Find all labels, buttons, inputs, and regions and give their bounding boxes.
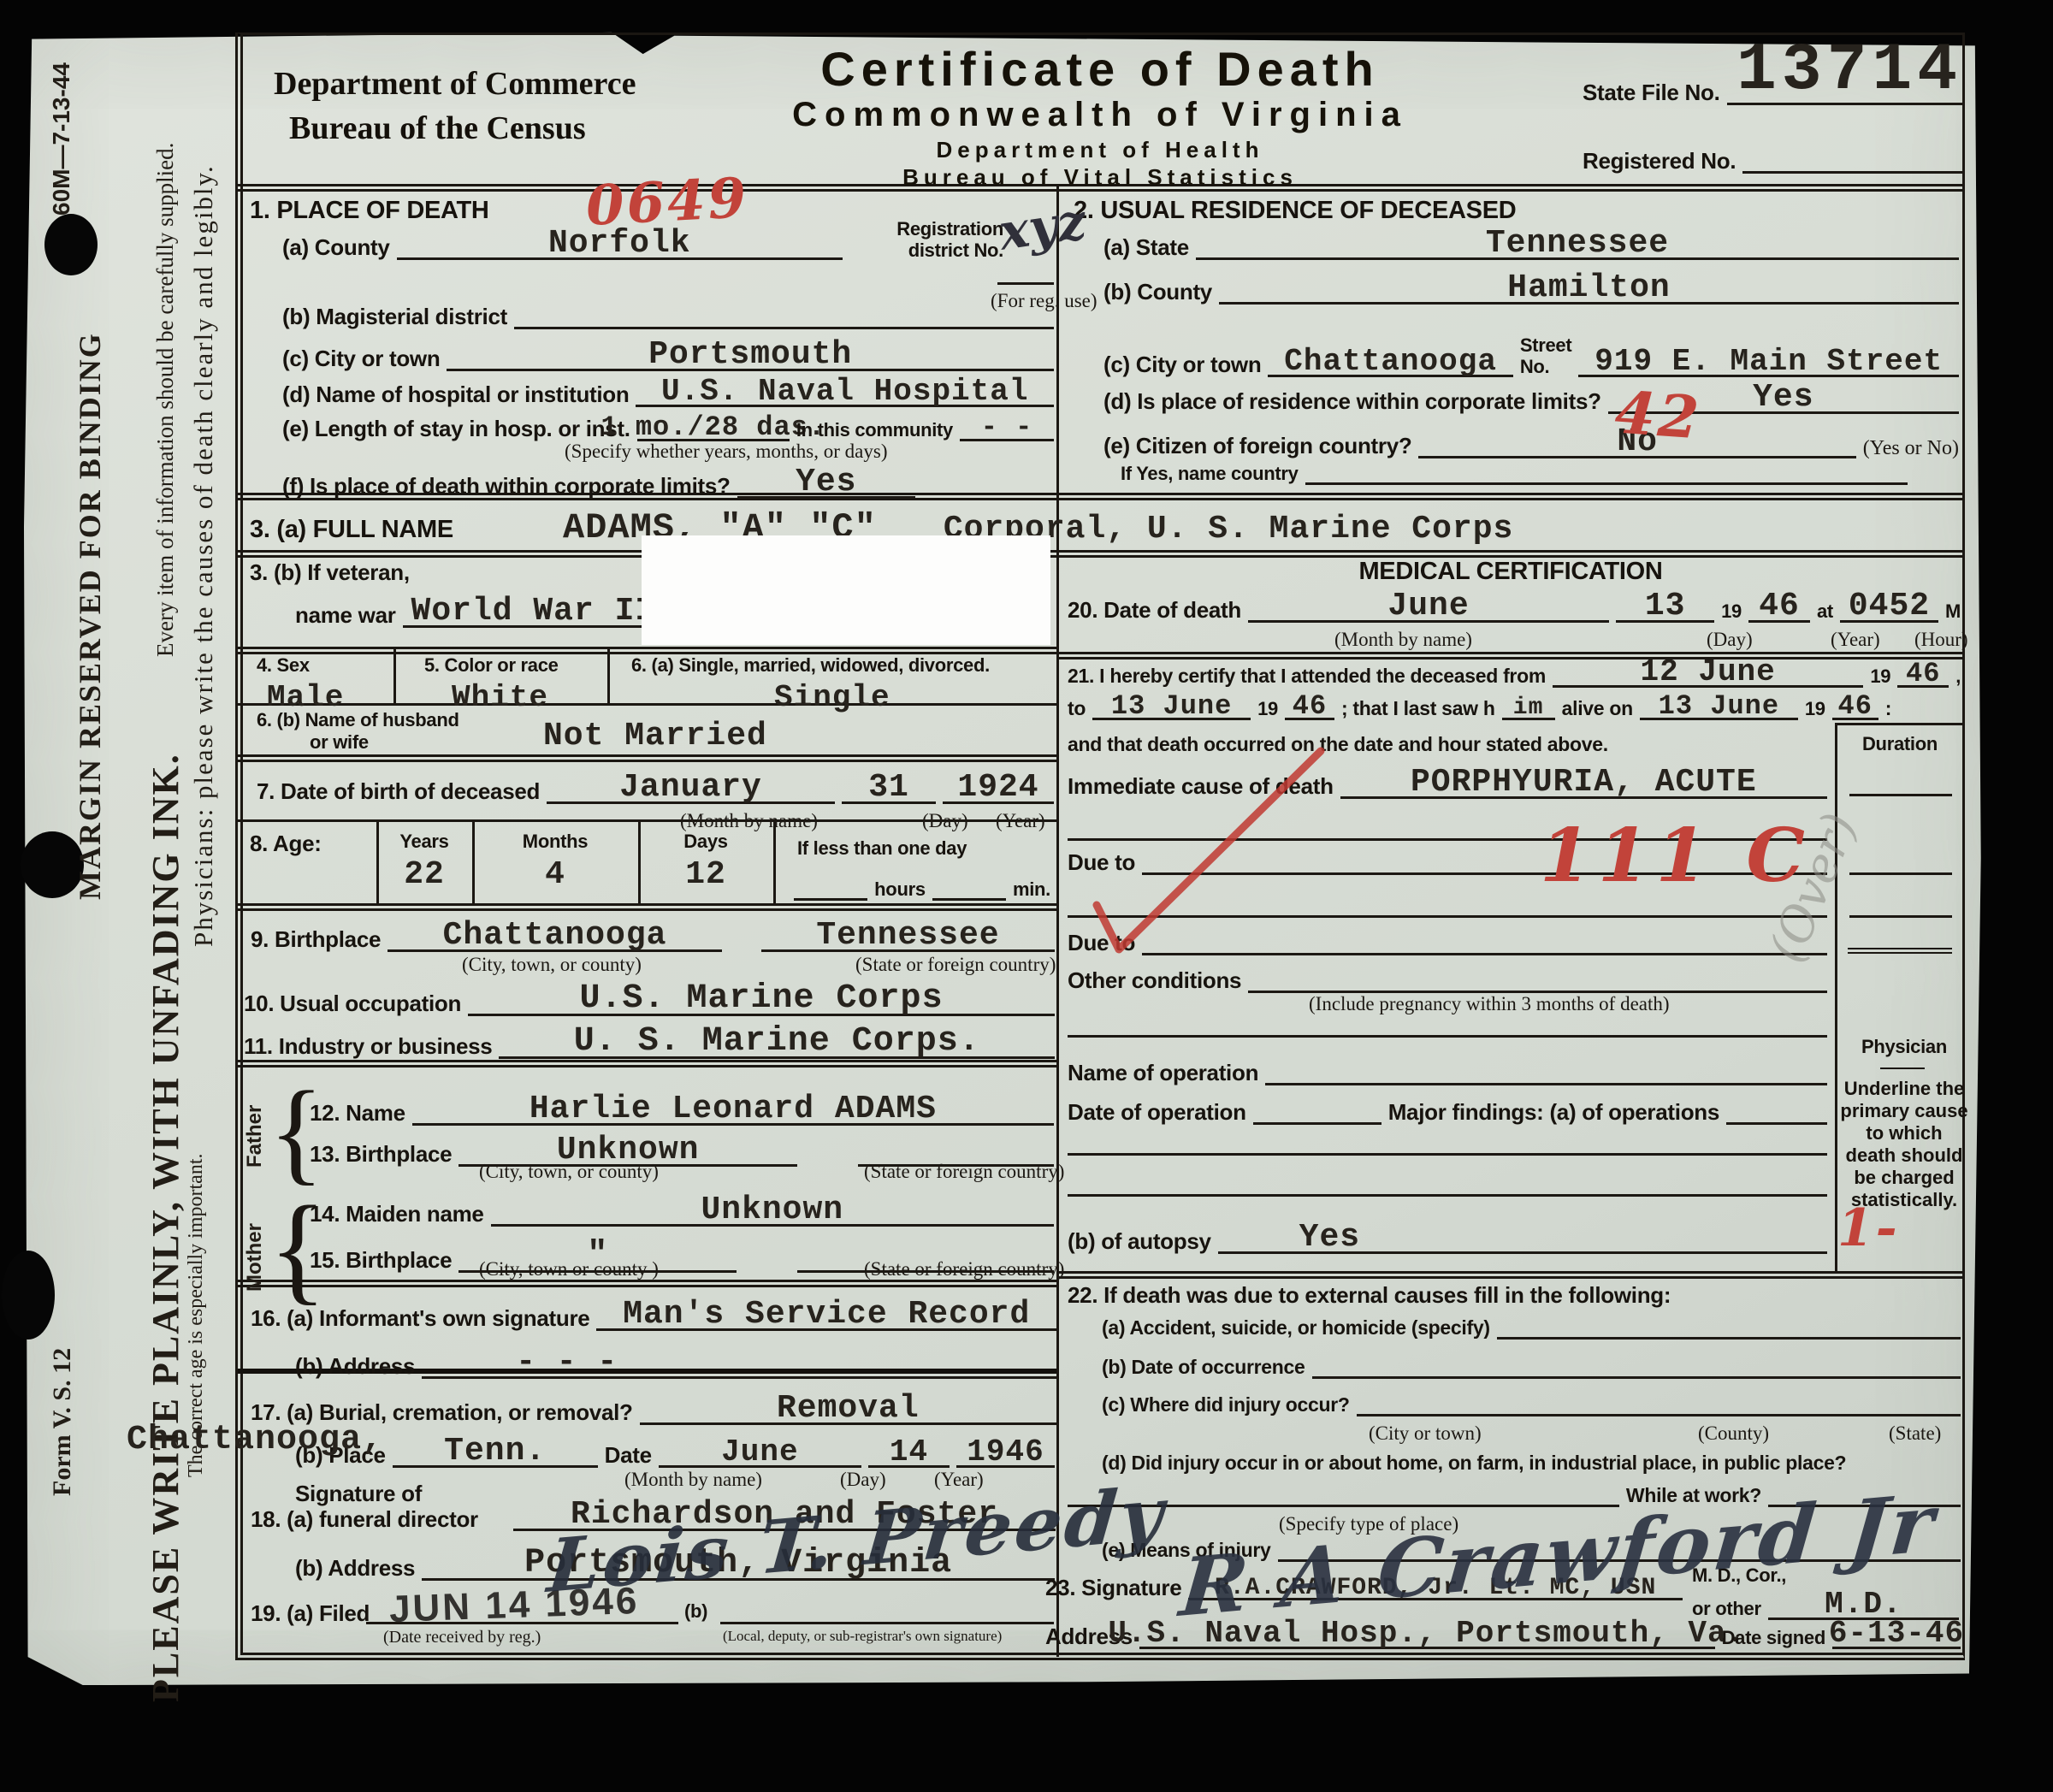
industry-field: 11. Industry or business U. S. Marine Co… — [244, 1025, 1055, 1059]
accident-label: (a) Accident, suicide, or homicide (spec… — [1102, 1317, 1490, 1340]
divider — [238, 703, 1056, 706]
birth-date-label: 7. Date of birth of deceased — [257, 779, 540, 804]
filed-b-label: (b) — [684, 1601, 707, 1623]
duration-top-rule — [1835, 723, 1965, 725]
full-name-label: 3. (a) FULL NAME — [250, 516, 453, 543]
date-signed-value: 6-13-46 — [1829, 1618, 1964, 1649]
race-value: White — [452, 683, 548, 713]
divider — [235, 550, 1965, 558]
length-of-stay-value: 1 mo./28 das. — [601, 414, 825, 441]
residence-state-field: (a) State Tennessee — [1103, 228, 1959, 260]
physician-signature-label: 23. Signature — [1045, 1576, 1181, 1600]
occurrence-date-line — [1312, 1368, 1961, 1379]
birth-month-caption: (Month by name) — [680, 811, 818, 831]
reg-district-label-1: Registration — [862, 219, 1003, 240]
marital-status-value: Single — [774, 683, 890, 713]
birth-year-line: 1924 — [943, 772, 1054, 804]
industry-label: 11. Industry or business — [244, 1034, 492, 1059]
stay-caption: (Specify whether years, months, or days) — [565, 441, 887, 461]
residence-county-label: (b) County — [1103, 280, 1212, 305]
foreign-citizen-field: (e) Citizen of foreign country? No (Yes … — [1103, 426, 1959, 458]
attended-to-year-line: 46 — [1285, 693, 1334, 720]
father-name-value: Harlie Leonard ADAMS — [530, 1093, 937, 1126]
date-signed-label: Date signed — [1722, 1628, 1825, 1649]
sec1-title: 1. PLACE OF DEATH — [250, 197, 489, 224]
divider — [607, 648, 610, 703]
registered-no-field: Registered No. — [1583, 149, 1963, 174]
burial-year-value: 1946 — [967, 1437, 1044, 1468]
state-file-label: State File No. — [1583, 80, 1720, 105]
last-saw-label: ; that I last saw h — [1341, 698, 1495, 720]
blank-line — [1068, 1194, 1827, 1197]
father-birthplace-label: 13. Birthplace — [310, 1142, 452, 1167]
corporate-limits-residence-value: Yes — [1753, 381, 1813, 414]
age-days-value: 12 — [685, 859, 726, 891]
death-day-caption: (Day) — [1707, 630, 1753, 649]
injury-where-field: (c) Where did injury occur? — [1102, 1394, 1961, 1416]
foreign-citizen-label: (e) Citizen of foreign country? — [1103, 434, 1411, 458]
comma: , — [1955, 666, 1961, 688]
filed-caption: (Date received by reg.) — [383, 1629, 541, 1646]
industry-line: U. S. Marine Corps. — [499, 1025, 1055, 1059]
code-111c-handwritten: 111 C — [1540, 819, 1812, 893]
autopsy-field: (b) of autopsy Yes — [1068, 1221, 1827, 1254]
alive-on-19: 19 — [1805, 699, 1825, 720]
burial-line: Removal — [640, 1393, 1056, 1425]
attended-from-field: 21. I hereby certify that I attended the… — [1068, 657, 1961, 688]
birth-year-caption: (Year) — [996, 811, 1045, 831]
operation-date-label: Date of operation — [1068, 1100, 1246, 1125]
divider — [393, 648, 396, 703]
funeral-address-label: (b) Address — [295, 1556, 415, 1581]
length-of-stay-label: (e) Length of stay in hosp. or inst. — [282, 417, 630, 441]
burial-value: Removal — [777, 1393, 920, 1425]
divider — [238, 647, 1056, 654]
margin-form-number: Form V. S. 12 — [48, 1326, 77, 1518]
colon: : — [1885, 698, 1891, 720]
father-name-label: 12. Name — [310, 1101, 405, 1126]
him-line: im — [1502, 696, 1555, 720]
death-year-value: 46 — [1759, 590, 1800, 623]
mother-name-value: Unknown — [701, 1194, 843, 1227]
burial-place-value: Tenn. — [444, 1435, 546, 1468]
in-community-line: - - — [960, 414, 1054, 441]
race-label: 5. Color or race — [424, 655, 559, 677]
margin-print-code: 60M—7-13-44 — [48, 60, 75, 218]
death-year-line: 46 — [1748, 590, 1810, 623]
informant-line: Man's Service Record — [596, 1298, 1056, 1331]
bureau-of-vital-statistics: Bureau of Vital Statistics — [715, 164, 1485, 191]
residence-city-line: Chattanooga — [1268, 346, 1512, 377]
father-side-label: Father — [243, 1085, 267, 1187]
him-value: im — [1513, 696, 1544, 720]
residence-state-line: Tennessee — [1196, 228, 1959, 260]
attended-to-label: to — [1068, 698, 1086, 720]
divider — [238, 903, 1056, 911]
veteran-war-value: World War II — [411, 595, 656, 628]
alive-on-value: 13 June — [1659, 693, 1779, 720]
alive-on-line: 13 June — [1640, 693, 1798, 720]
birthplace-state-caption: (State or foreign country) — [855, 955, 1056, 974]
birthplace-state-line: Tennessee — [761, 920, 1055, 952]
attended-to-19: 19 — [1257, 699, 1278, 720]
date-signed-line: 6-13-46 — [1832, 1618, 1961, 1649]
veteran-war-label: name war — [295, 603, 396, 628]
mother-city-caption: (City, town or county ) — [479, 1259, 659, 1279]
veteran-label: 3. (b) If veteran, — [250, 560, 410, 585]
torn-notch — [2, 1251, 55, 1340]
attended-from-label: 21. I hereby certify that I attended the… — [1068, 665, 1546, 688]
injury-where-label: (c) Where did injury occur? — [1102, 1394, 1350, 1416]
sex-label: 4. Sex — [257, 655, 310, 677]
duration-line — [1848, 948, 1952, 954]
death-month-line: June — [1248, 590, 1609, 623]
name-country-label: If Yes, name country — [1121, 464, 1299, 485]
birth-year-value: 1924 — [957, 772, 1038, 804]
death-month-caption: (Month by name) — [1334, 630, 1472, 649]
birth-date-field: 7. Date of birth of deceased January 31 … — [257, 772, 1054, 804]
agency-line-1: Department of Commerce — [274, 65, 636, 103]
father-brace: { — [269, 1074, 324, 1190]
burial-place-field: (b) Place Tenn. Date June 14 1946 — [295, 1435, 1055, 1468]
funeral-director-label-1: Signature of — [295, 1482, 422, 1506]
corporate-limits-death-value: Yes — [796, 466, 856, 499]
death-hour-caption: (Hour) — [1914, 630, 1968, 649]
operation-date-field: Date of operation Major findings: (a) of… — [1068, 1100, 1827, 1125]
burial-month-caption: (Month by name) — [624, 1470, 762, 1489]
duration-line — [1849, 915, 1952, 918]
birth-day-line: 31 — [842, 772, 936, 804]
spouse-value: Not Married — [543, 720, 767, 753]
immediate-cause-line: PORPHYURIA, ACUTE — [1340, 766, 1827, 799]
hours-line — [794, 890, 867, 901]
city-of-death-label: (c) City or town — [282, 346, 440, 371]
operation-name-line — [1265, 1074, 1827, 1085]
duration-line — [1849, 872, 1952, 875]
burial-month-value: June — [721, 1437, 798, 1468]
operation-name-label: Name of operation — [1068, 1061, 1258, 1085]
mother-name-line: Unknown — [491, 1194, 1054, 1227]
autopsy-line: Yes — [1218, 1221, 1827, 1254]
residence-city-label: (c) City or town — [1103, 352, 1261, 377]
informant-address-value: - - - — [516, 1346, 618, 1379]
duration-label: Duration — [1835, 734, 1965, 755]
physician-note: Underline the primary cause to which dea… — [1839, 1078, 1969, 1211]
hospital-value: U.S. Naval Hospital — [661, 376, 1028, 407]
occupation-line: U.S. Marine Corps — [468, 982, 1055, 1016]
registered-no-label: Registered No. — [1583, 149, 1736, 174]
filed-label: 19. (a) Filed — [251, 1601, 370, 1626]
mother-name-field: 14. Maiden name Unknown — [310, 1194, 1054, 1227]
residence-city-field: (c) City or town Chattanooga Street No. … — [1103, 335, 1959, 377]
father-state-caption: (State or foreign country) — [864, 1162, 1064, 1181]
burial-month-line: June — [659, 1437, 861, 1468]
corporate-limits-death-field: (f) Is place of death within corporate l… — [282, 466, 915, 499]
magisterial-district-line — [514, 318, 1054, 329]
hospital-line: U.S. Naval Hospital — [636, 376, 1054, 407]
burial-place-line: Tenn. — [393, 1435, 598, 1468]
death-day-line: 13 — [1616, 590, 1714, 623]
father-name-field: 12. Name Harlie Leonard ADAMS — [310, 1093, 1054, 1126]
death-year-caption: (Year) — [1831, 630, 1880, 649]
less-than-day-label: If less than one day — [797, 838, 967, 860]
death-hour-m-label: M — [1945, 601, 1961, 623]
name-country-field: If Yes, name country — [1121, 464, 1908, 485]
injury-place-question: (d) Did injury occur in or about home, o… — [1102, 1452, 1846, 1475]
funeral-director-label-2: 18. (a) funeral director — [251, 1507, 478, 1532]
occupation-field: 10. Usual occupation U.S. Marine Corps — [244, 982, 1055, 1016]
reg-district-label-2: district No. — [862, 240, 1003, 262]
name-country-line — [1305, 474, 1908, 485]
operation-date-line — [1253, 1114, 1381, 1125]
burial-day-line: 14 — [868, 1437, 950, 1468]
margin-binding-note: MARGIN RESERVED FOR BINDING — [72, 359, 108, 872]
death-hour-line: 0452 — [1840, 590, 1938, 623]
residence-city-value: Chattanooga — [1284, 346, 1497, 377]
injury-state-caption: (State) — [1889, 1423, 1941, 1443]
injury-city-caption: (City or town) — [1369, 1423, 1482, 1443]
yes-or-no-caption: (Yes or No) — [1863, 438, 1959, 458]
street-label-1: Street — [1520, 335, 1572, 357]
corporate-limits-death-line: Yes — [737, 466, 915, 499]
mother-birthplace-label: 15. Birthplace — [310, 1248, 452, 1273]
length-of-stay-field: (e) Length of stay in hosp. or inst. 1 m… — [282, 414, 1054, 441]
length-of-stay-line: 1 mo./28 das. — [637, 414, 790, 441]
pregnancy-caption: (Include pregnancy within 3 months of de… — [1309, 994, 1670, 1014]
magisterial-district-field: (b) Magisterial district — [282, 305, 1054, 329]
birthplace-city-value: Chattanooga — [443, 920, 667, 952]
spouse-label-2: or wife — [310, 732, 369, 754]
sec2-title: 2. USUAL RESIDENCE OF DECEASED — [1074, 197, 1516, 224]
corporate-limits-residence-label: (d) Is place of residence within corpora… — [1103, 389, 1601, 414]
column-divider — [1056, 184, 1059, 1657]
divider — [238, 1060, 1056, 1068]
street-value: 919 E. Main Street — [1594, 346, 1943, 377]
duration-line — [1849, 794, 1952, 796]
informant-address-label: (b) Address — [295, 1354, 415, 1379]
burial-date-label: Date — [605, 1443, 652, 1468]
county-field: (a) County Norfolk — [282, 228, 843, 260]
corporate-limits-death-label: (f) Is place of death within corporate l… — [282, 474, 731, 499]
agency-line-2: Bureau of the Census — [289, 109, 586, 147]
duration-divider — [1835, 723, 1837, 1273]
hours-min-field: hours min. — [794, 879, 1050, 901]
divider — [238, 754, 1056, 762]
street-line: 919 E. Main Street — [1578, 346, 1959, 377]
injury-county-caption: (County) — [1698, 1423, 1769, 1443]
hospital-label: (d) Name of hospital or institution — [282, 382, 629, 407]
margin-physicians-note: Physicians: please write the causes of d… — [188, 34, 219, 1078]
margin-supplied-note: Every item of information should be care… — [152, 34, 179, 766]
death-day-value: 13 — [1645, 590, 1686, 623]
other-conditions-line — [1248, 982, 1827, 993]
residence-county-field: (b) County Hamilton — [1103, 272, 1959, 305]
age-months-label: Months — [472, 831, 638, 853]
birth-month-line: January — [547, 772, 835, 804]
birthplace-city-line: Chattanooga — [388, 920, 722, 952]
divider — [238, 1280, 1056, 1287]
burial-year-line: 1946 — [956, 1437, 1055, 1468]
residence-state-label: (a) State — [1103, 235, 1189, 260]
alive-on-year-line: 46 — [1832, 693, 1878, 720]
reg-district-handwritten: xyz — [996, 196, 1088, 257]
district-stamp-handwritten: 0649 — [584, 171, 749, 234]
in-community-label: In this community — [796, 420, 953, 441]
spouse-label-1: 6. (b) Name of husband — [257, 710, 459, 731]
mother-state-caption: (State or foreign country) — [864, 1259, 1064, 1279]
birthplace-city-caption: (City, town, or county) — [462, 955, 642, 974]
attended-from-value: 12 June — [1641, 657, 1776, 688]
street-label-2: No. — [1520, 357, 1572, 378]
hospital-field: (d) Name of hospital or institution U.S.… — [282, 376, 1054, 407]
age-label: 8. Age: — [250, 831, 322, 856]
immediate-cause-value: PORPHYURIA, ACUTE — [1411, 766, 1757, 799]
hours-label: hours — [874, 879, 926, 901]
min-line — [932, 890, 1006, 901]
magisterial-district-label: (b) Magisterial district — [282, 305, 507, 329]
attended-to-year: 46 — [1293, 693, 1327, 720]
occupation-value: U.S. Marine Corps — [580, 982, 944, 1016]
industry-value: U. S. Marine Corps. — [574, 1025, 980, 1059]
injury-where-line — [1357, 1405, 1961, 1416]
age-years-label: Years — [376, 831, 472, 853]
informant-field: 16. (a) Informant's own signature Man's … — [251, 1298, 1056, 1331]
city-of-death-field: (c) City or town Portsmouth — [282, 339, 1054, 371]
divider — [1059, 1271, 1965, 1279]
age-years-value: 22 — [404, 859, 445, 891]
physician-underline — [1880, 1068, 1925, 1069]
occurrence-date-label: (b) Date of occurrence — [1102, 1357, 1305, 1379]
punch-hole-top — [44, 214, 98, 275]
attended-from-year-line: 46 — [1897, 660, 1949, 688]
mother-name-label: 14. Maiden name — [310, 1202, 484, 1227]
occurrence-date-field: (b) Date of occurrence — [1102, 1357, 1961, 1379]
death-year-prefix: 19 — [1721, 601, 1742, 623]
city-of-death-value: Portsmouth — [648, 339, 852, 371]
age-days-label: Days — [638, 831, 773, 853]
red-check-mark — [1080, 744, 1336, 977]
state-file-number: 13714 — [1736, 38, 1962, 104]
alive-on-year: 46 — [1838, 693, 1873, 720]
corporate-limits-residence-field: (d) Is place of residence within corpora… — [1103, 381, 1959, 414]
birthplace-label: 9. Birthplace — [251, 927, 381, 952]
attended-from-line: 12 June — [1553, 657, 1863, 688]
divider — [773, 821, 776, 903]
registrar-line — [720, 1622, 1054, 1624]
death-at-label: at — [1817, 601, 1833, 623]
autopsy-label: (b) of autopsy — [1068, 1229, 1211, 1254]
major-findings-label: Major findings: (a) of operations — [1388, 1100, 1719, 1125]
reg-district-line — [997, 282, 1054, 285]
accident-field: (a) Accident, suicide, or homicide (spec… — [1102, 1317, 1961, 1340]
birthplace-state-value: Tennessee — [816, 920, 999, 952]
department-of-health: Department of Health — [715, 137, 1485, 163]
registrar-caption: (Local, deputy, or sub-registrar's own s… — [723, 1629, 1002, 1643]
major-findings-line — [1726, 1114, 1827, 1125]
attended-from-19: 19 — [1870, 666, 1890, 688]
blank-line — [1068, 1035, 1827, 1038]
commonwealth-subtitle: Commonwealth of Virginia — [715, 96, 1485, 134]
birth-day-caption: (Day) — [922, 811, 968, 831]
operation-name-field: Name of operation — [1068, 1061, 1827, 1085]
father-city-caption: (City, town, or county) — [479, 1162, 659, 1181]
redaction-box — [642, 535, 1050, 645]
birth-day-value: 31 — [868, 772, 909, 804]
death-date-label: 20. Date of death — [1068, 598, 1241, 623]
death-date-field: 20. Date of death June 13 19 46 at 0452 … — [1068, 590, 1961, 623]
city-of-death-line: Portsmouth — [447, 339, 1054, 371]
death-month-value: June — [1387, 590, 1469, 623]
registered-no-line — [1742, 163, 1963, 174]
code-42-handwritten: 42 — [1613, 384, 1703, 448]
residence-county-value: Hamilton — [1507, 272, 1670, 305]
marital-status-label: 6. (a) Single, married, widowed, divorce… — [631, 655, 990, 677]
father-name-line: Harlie Leonard ADAMS — [412, 1093, 1054, 1126]
attended-to-field: to 13 June 19 46 ; that I last saw h im … — [1068, 693, 1961, 720]
certificate-title: Certificate of Death — [715, 41, 1485, 97]
in-community-value: - - — [981, 414, 1033, 441]
death-hour-value: 0452 — [1849, 590, 1930, 623]
medical-cert-title: MEDICAL CERTIFICATION — [1271, 558, 1750, 585]
birthplace-field: 9. Birthplace Chattanooga Tennessee — [251, 920, 1055, 952]
min-label: min. — [1013, 879, 1050, 901]
county-label: (a) County — [282, 235, 390, 260]
informant-address-field: (b) Address - - - — [295, 1346, 1056, 1379]
burial-place-overflow-value: Chattanooga, — [127, 1423, 383, 1458]
burial-day-value: 14 — [890, 1437, 928, 1468]
attended-to-line: 13 June — [1092, 693, 1251, 720]
physician-label: Physician — [1841, 1037, 1967, 1058]
residence-state-value: Tennessee — [1486, 228, 1669, 260]
margin-write-plainly: PLEASE WRITE PLAINLY, WITH UNFADING INK. — [144, 770, 187, 1685]
occupation-label: 10. Usual occupation — [244, 991, 461, 1016]
autopsy-value: Yes — [1299, 1221, 1360, 1254]
blank-line — [1068, 1153, 1827, 1156]
residence-county-line: Hamilton — [1219, 272, 1959, 305]
red-tally-mark: 1- — [1837, 1203, 1900, 1254]
burial-day-caption: (Day) — [840, 1470, 886, 1489]
attended-from-year: 46 — [1906, 660, 1940, 688]
attended-to-value: 13 June — [1111, 693, 1232, 720]
informant-label: 16. (a) Informant's own signature — [251, 1306, 589, 1331]
birth-month-value: January — [619, 772, 762, 804]
alive-on-label: alive on — [1562, 698, 1633, 720]
age-months-value: 4 — [545, 859, 565, 891]
sec22-title: 22. If death was due to external causes … — [1068, 1283, 1671, 1308]
accident-line — [1497, 1328, 1961, 1340]
informant-value: Man's Service Record — [623, 1298, 1030, 1331]
margin-age-note: The correct age is especially important. — [185, 1082, 208, 1548]
informant-address-line: - - - — [422, 1346, 1056, 1379]
